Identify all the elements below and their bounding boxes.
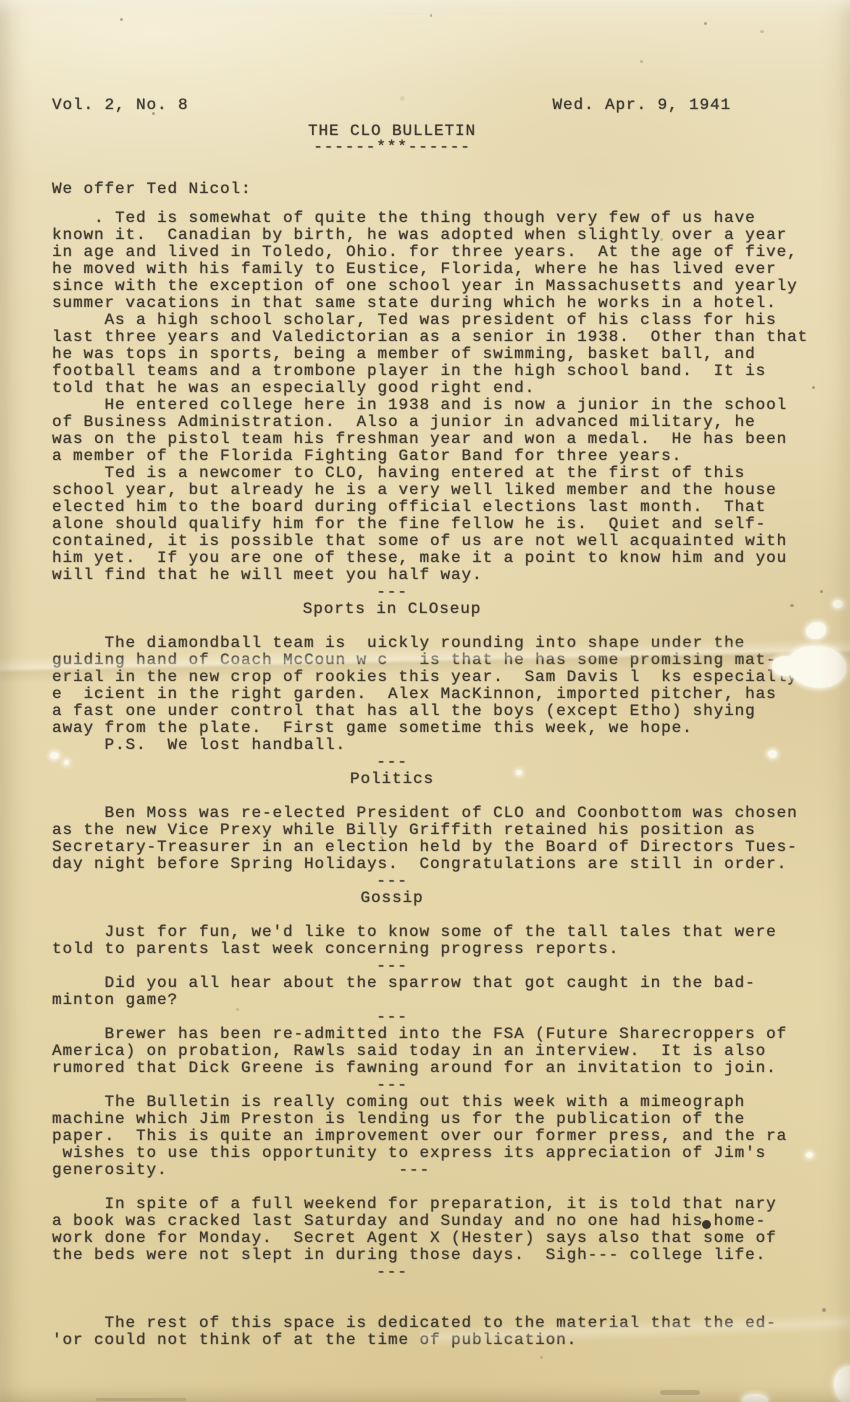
- text-line-feature-para-1: . Ted is somewhat of quite the thing tho…: [52, 210, 810, 227]
- paper-damage-spot: [833, 600, 843, 608]
- section-separator: ---: [52, 958, 732, 975]
- paper-damage-spot: [50, 752, 59, 759]
- text-line-mimeograph-para: machine which Jim Preston is lending us …: [52, 1111, 810, 1128]
- text-line-feature-para-4: school year, but already he is a very we…: [52, 482, 810, 499]
- text-line-closing-para: The rest of this space is dedicated to t…: [52, 1315, 810, 1332]
- paper-damage-spot: [516, 770, 522, 775]
- paper-speck: [96, 690, 100, 694]
- text-line-feature-para-3: was on the pistol team his freshman year…: [52, 431, 810, 448]
- paper-speck: [430, 14, 432, 17]
- text-line-closing-para: 'or could not think of at the time of pu…: [52, 1332, 810, 1349]
- text-line-feature-para-4: will find that he will meet you half way…: [52, 567, 810, 584]
- paper-speck: [540, 1356, 543, 1359]
- text-line-feature-para-1: he moved with his family to Eustice, Flo…: [52, 261, 810, 278]
- paper-speck: [660, 238, 663, 241]
- text-line-feature-para-4: elected him to the board during official…: [52, 499, 810, 516]
- text-line-mimeograph-para: wishes to use this opportunity to expres…: [52, 1145, 810, 1162]
- paper-speck: [822, 1308, 826, 1312]
- section-separator: ---: [52, 1077, 732, 1094]
- blank-line: [52, 1298, 810, 1315]
- page-content: Vol. 2, No. 8 Wed. Apr. 9, 1941 THE CLO …: [52, 96, 810, 1349]
- text-line-feature-para-2: As a high school scholar, Ted was presid…: [52, 312, 810, 329]
- blank-line: [52, 788, 810, 805]
- text-line-gossip-para-2: Did you all hear about the sparrow that …: [52, 975, 810, 992]
- text-line-politics-para: day night before Spring Holidays. Congra…: [52, 856, 810, 873]
- text-line-sports-para: P.S. We lost handball.: [52, 737, 810, 754]
- paper-speck: [400, 96, 405, 101]
- issue-date: Wed. Apr. 9, 1941: [552, 96, 731, 114]
- document-body: . Ted is somewhat of quite the thing tho…: [52, 210, 810, 1349]
- section-heading-gossip: Gossip: [52, 890, 732, 907]
- paper-damage-spot: [768, 750, 777, 758]
- text-line-feature-para-4: contained, it is possible that some of u…: [52, 533, 810, 550]
- text-line-mimeograph-para: paper. This is quite an improvement over…: [52, 1128, 810, 1145]
- text-line-politics-para: as the new Vice Prexy while Billy Griffi…: [52, 822, 810, 839]
- paper-speck: [820, 590, 823, 593]
- text-line-sports-para: guiding hand of Coach McCoun w c is that…: [52, 652, 810, 669]
- paper-speck: [640, 60, 643, 63]
- text-line-feature-para-4: alone should qualify him for the fine fe…: [52, 516, 810, 533]
- text-line-feature-para-3: He entered college here in 1938 and is n…: [52, 397, 810, 414]
- paper-speck: [790, 604, 794, 607]
- text-line-feature-para-2: told that he was an especially good righ…: [52, 380, 810, 397]
- text-line-feature-para-1: summer vacations in that same state duri…: [52, 295, 810, 312]
- section-separator: ---: [52, 584, 732, 601]
- paper-damage-spot: [772, 656, 798, 676]
- text-line-feature-para-1: known it. Canadian by birth, he was adop…: [52, 227, 810, 244]
- section-separator: ---: [52, 873, 732, 890]
- text-line-politics-para: Secretary-Treasurer in an election held …: [52, 839, 810, 856]
- paper-speck: [380, 836, 383, 839]
- paper-speck: [120, 18, 123, 21]
- greeting-line: We offer Ted Nicol:: [52, 181, 810, 198]
- section-separator: ---: [52, 1264, 732, 1281]
- text-line-gossip-para-3: America) on probation, Rawls said today …: [52, 1043, 810, 1060]
- paper-speck: [812, 386, 815, 389]
- text-line-gossip-para-1: Just for fun, we'd like to know some of …: [52, 924, 810, 941]
- title-rule: ------***------: [52, 140, 732, 156]
- blank-line: [52, 618, 810, 635]
- text-line-feature-para-4: him yet. If you are one of these, make i…: [52, 550, 810, 567]
- text-line-mimeograph-para: The Bulletin is really coming out this w…: [52, 1094, 810, 1111]
- text-line-weekend-para: a book was cracked last Saturday and Sun…: [52, 1213, 810, 1230]
- section-separator: ---: [52, 1009, 732, 1026]
- blank-line: [52, 1179, 810, 1196]
- section-heading-politics: Politics: [52, 771, 732, 788]
- masthead: Vol. 2, No. 8 Wed. Apr. 9, 1941: [52, 96, 810, 114]
- text-line-weekend-para: the beds were not slept in during those …: [52, 1247, 810, 1264]
- text-line-sports-para: The diamondball team is uickly rounding …: [52, 635, 810, 652]
- paper-speck: [660, 1390, 700, 1395]
- text-line-gossip-para-3: Brewer has been re-admitted into the FSA…: [52, 1026, 810, 1043]
- paper-damage-spot: [64, 760, 69, 765]
- text-line-feature-para-2: last three years and Valedictorian as a …: [52, 329, 810, 346]
- text-line-feature-para-1: since with the exception of one school y…: [52, 278, 810, 295]
- text-line-sports-para: away from the plate. First game sometime…: [52, 720, 810, 737]
- text-line-feature-para-1: in age and lived in Toledo, Ohio. for th…: [52, 244, 810, 261]
- volume-number: Vol. 2, No. 8: [52, 96, 189, 114]
- ink-blot: [702, 1220, 711, 1229]
- paper-damage-spot: [806, 622, 826, 639]
- section-heading-sports: Sports in CLOseup: [52, 601, 732, 618]
- text-line-politics-para: Ben Moss was re-elected President of CLO…: [52, 805, 810, 822]
- text-line-weekend-para: In spite of a full weekend for preparati…: [52, 1196, 810, 1213]
- text-line-sports-para: a fast one under control that has all th…: [52, 703, 810, 720]
- paper-damage-spot: [834, 1366, 850, 1402]
- paper-speck: [96, 1398, 186, 1401]
- text-line-mimeograph-para: generosity. ---: [52, 1162, 810, 1179]
- paper-speck: [704, 22, 707, 25]
- paper-speck: [152, 112, 155, 115]
- text-line-gossip-para-2: minton game?: [52, 992, 810, 1009]
- section-separator: ---: [52, 754, 732, 771]
- paper-damage-spot: [806, 1152, 813, 1158]
- text-line-feature-para-2: he was tops in sports, being a member of…: [52, 346, 810, 363]
- blank-line: [52, 1281, 810, 1298]
- text-line-sports-para: erial in the new crop of rookies this ye…: [52, 669, 810, 686]
- paper-damage-spot: [742, 1394, 768, 1402]
- paper-speck: [760, 30, 764, 33]
- text-line-feature-para-2: football teams and a trombone player in …: [52, 363, 810, 380]
- text-line-feature-para-4: Ted is a newcomer to CLO, having entered…: [52, 465, 810, 482]
- text-line-gossip-para-3: rumored that Dick Greene is fawning arou…: [52, 1060, 810, 1077]
- paper-speck: [236, 1008, 239, 1011]
- text-line-feature-para-3: of Business Administration. Also a junio…: [52, 414, 810, 431]
- text-line-feature-para-3: a member of the Florida Fighting Gator B…: [52, 448, 810, 465]
- text-line-gossip-para-1: told to parents last week concerning pro…: [52, 941, 810, 958]
- blank-line: [52, 907, 810, 924]
- bulletin-page: Vol. 2, No. 8 Wed. Apr. 9, 1941 THE CLO …: [0, 0, 850, 1402]
- text-line-weekend-para: work done for Monday. Secret Agent X (He…: [52, 1230, 810, 1247]
- text-line-sports-para: e icient in the right garden. Alex MacKi…: [52, 686, 810, 703]
